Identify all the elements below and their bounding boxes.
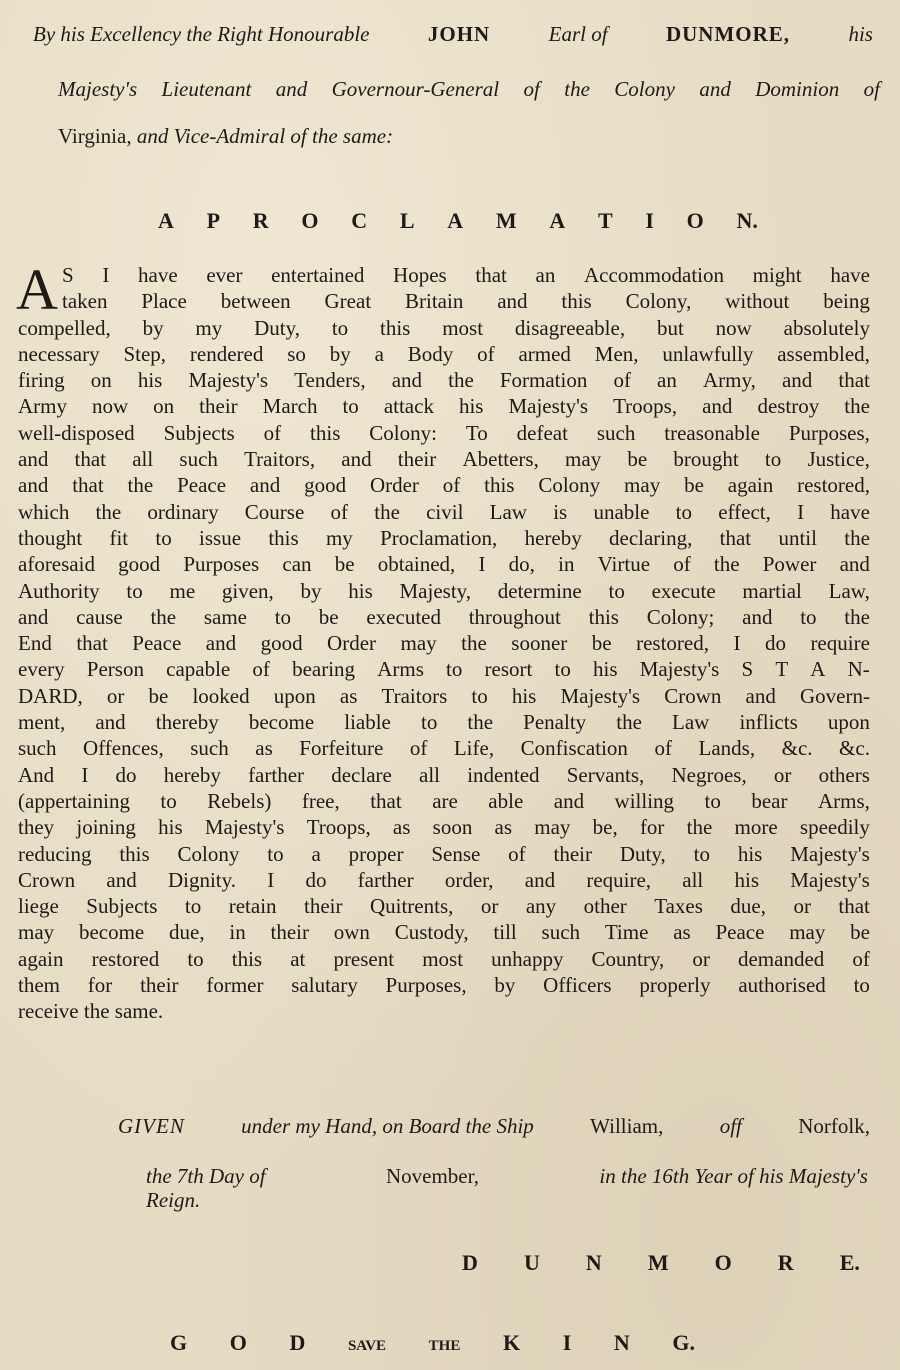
body-line: suchOffences,suchasForfeitureofLife,Conf… — [18, 735, 870, 761]
header-phrase: Earl of — [549, 22, 608, 47]
body-line: reducingthisColonytoaproperSenseoftheirD… — [18, 841, 870, 867]
header-line-3: Virginia, and Vice-Admiral of the same: — [58, 124, 393, 149]
header-name-john: JOHN — [428, 22, 490, 47]
body-line: CrownandDignity.Idofartherorder,andrequi… — [18, 867, 870, 893]
drop-cap: A — [16, 264, 58, 316]
body-line: thoughtfittoissuethismyProclamation,here… — [18, 525, 870, 551]
proclamation-body: A SIhaveeverentertainedHopesthatanAccomm… — [18, 262, 870, 1025]
date-line: the 7th Day of November, in the 16th Yea… — [146, 1164, 868, 1189]
body-line: whichtheordinaryCourseofthecivilLawisuna… — [18, 499, 870, 525]
header-phrase: and Vice-Admiral of the same: — [137, 124, 393, 148]
body-line: maybecomedue,intheirownCustody,tillsuchT… — [18, 919, 870, 945]
proclamation-title: A P R O C L A M A T I O N. — [158, 208, 758, 234]
body-line: (appertainingtoRebels)free,thatareablean… — [18, 788, 870, 814]
body-line: DARD,orbelookeduponasTraitorstohisMajest… — [18, 683, 870, 709]
place-name: Norfolk, — [798, 1114, 870, 1139]
header-phrase: his — [848, 22, 873, 47]
body-line: necessaryStep,renderedsobyaBodyofarmedMe… — [18, 341, 870, 367]
body-line: themfortheirformersalutaryPurposes,byOff… — [18, 972, 870, 998]
body-line: andthatthePeaceandgoodOrderofthisColonym… — [18, 472, 870, 498]
header-line-2: Majesty'sLieutenantandGovernour-Generalo… — [58, 77, 880, 102]
ship-name: William, — [590, 1114, 663, 1139]
body-line: theyjoininghisMajesty'sTroops,assoonasma… — [18, 814, 870, 840]
header-virginia: Virginia, — [58, 124, 132, 148]
body-line: everyPersoncapableofbearingArmstoresortt… — [18, 656, 870, 682]
body-line: ment,andtherebybecomeliabletothePenaltyt… — [18, 709, 870, 735]
body-line: againrestoredtothisatpresentmostunhappyC… — [18, 946, 870, 972]
signature: D U N M O R E. — [462, 1250, 860, 1276]
body-line: SIhaveeverentertainedHopesthatanAccommod… — [18, 262, 870, 288]
header-phrase: By his Excellency the Right Honourable — [33, 22, 369, 47]
body-line: compelled,bymyDuty,tothismostdisagreeabl… — [18, 315, 870, 341]
body-line: takenPlacebetweenGreatBritainandthisColo… — [18, 288, 870, 314]
given-line: GIVEN under my Hand, on Board the Ship W… — [118, 1114, 870, 1139]
body-line: aforesaidgoodPurposescanbeobtained,Ido,i… — [18, 551, 870, 577]
god-save-the-king: G O D SAVE THE K I N G. — [170, 1330, 695, 1356]
given-word: GIVEN — [118, 1114, 185, 1139]
body-line: receive the same. — [18, 998, 870, 1024]
header-name-dunmore: DUNMORE, — [666, 22, 790, 47]
reign-line: Reign. — [146, 1188, 200, 1213]
body-line: AndIdoherebyfartherdeclareallindentedSer… — [18, 762, 870, 788]
body-line: EndthatPeaceandgoodOrdermaythesoonerbere… — [18, 630, 870, 656]
month: November, — [386, 1164, 479, 1189]
body-line: andcausethesametobeexecutedthroughoutthi… — [18, 604, 870, 630]
header-line-1: By his Excellency the Right Honourable J… — [33, 22, 873, 47]
body-line: Authoritytomegiven,byhisMajesty,determin… — [18, 578, 870, 604]
body-line: well-disposedSubjectsofthisColony:Todefe… — [18, 420, 870, 446]
body-line: liegeSubjectstoretaintheirQuitrents,oran… — [18, 893, 870, 919]
body-line: firingonhisMajesty'sTenders,andtheFormat… — [18, 367, 870, 393]
body-line: andthatallsuchTraitors,andtheirAbetters,… — [18, 446, 870, 472]
body-line: ArmynowontheirMarchtoattackhisMajesty'sT… — [18, 393, 870, 419]
